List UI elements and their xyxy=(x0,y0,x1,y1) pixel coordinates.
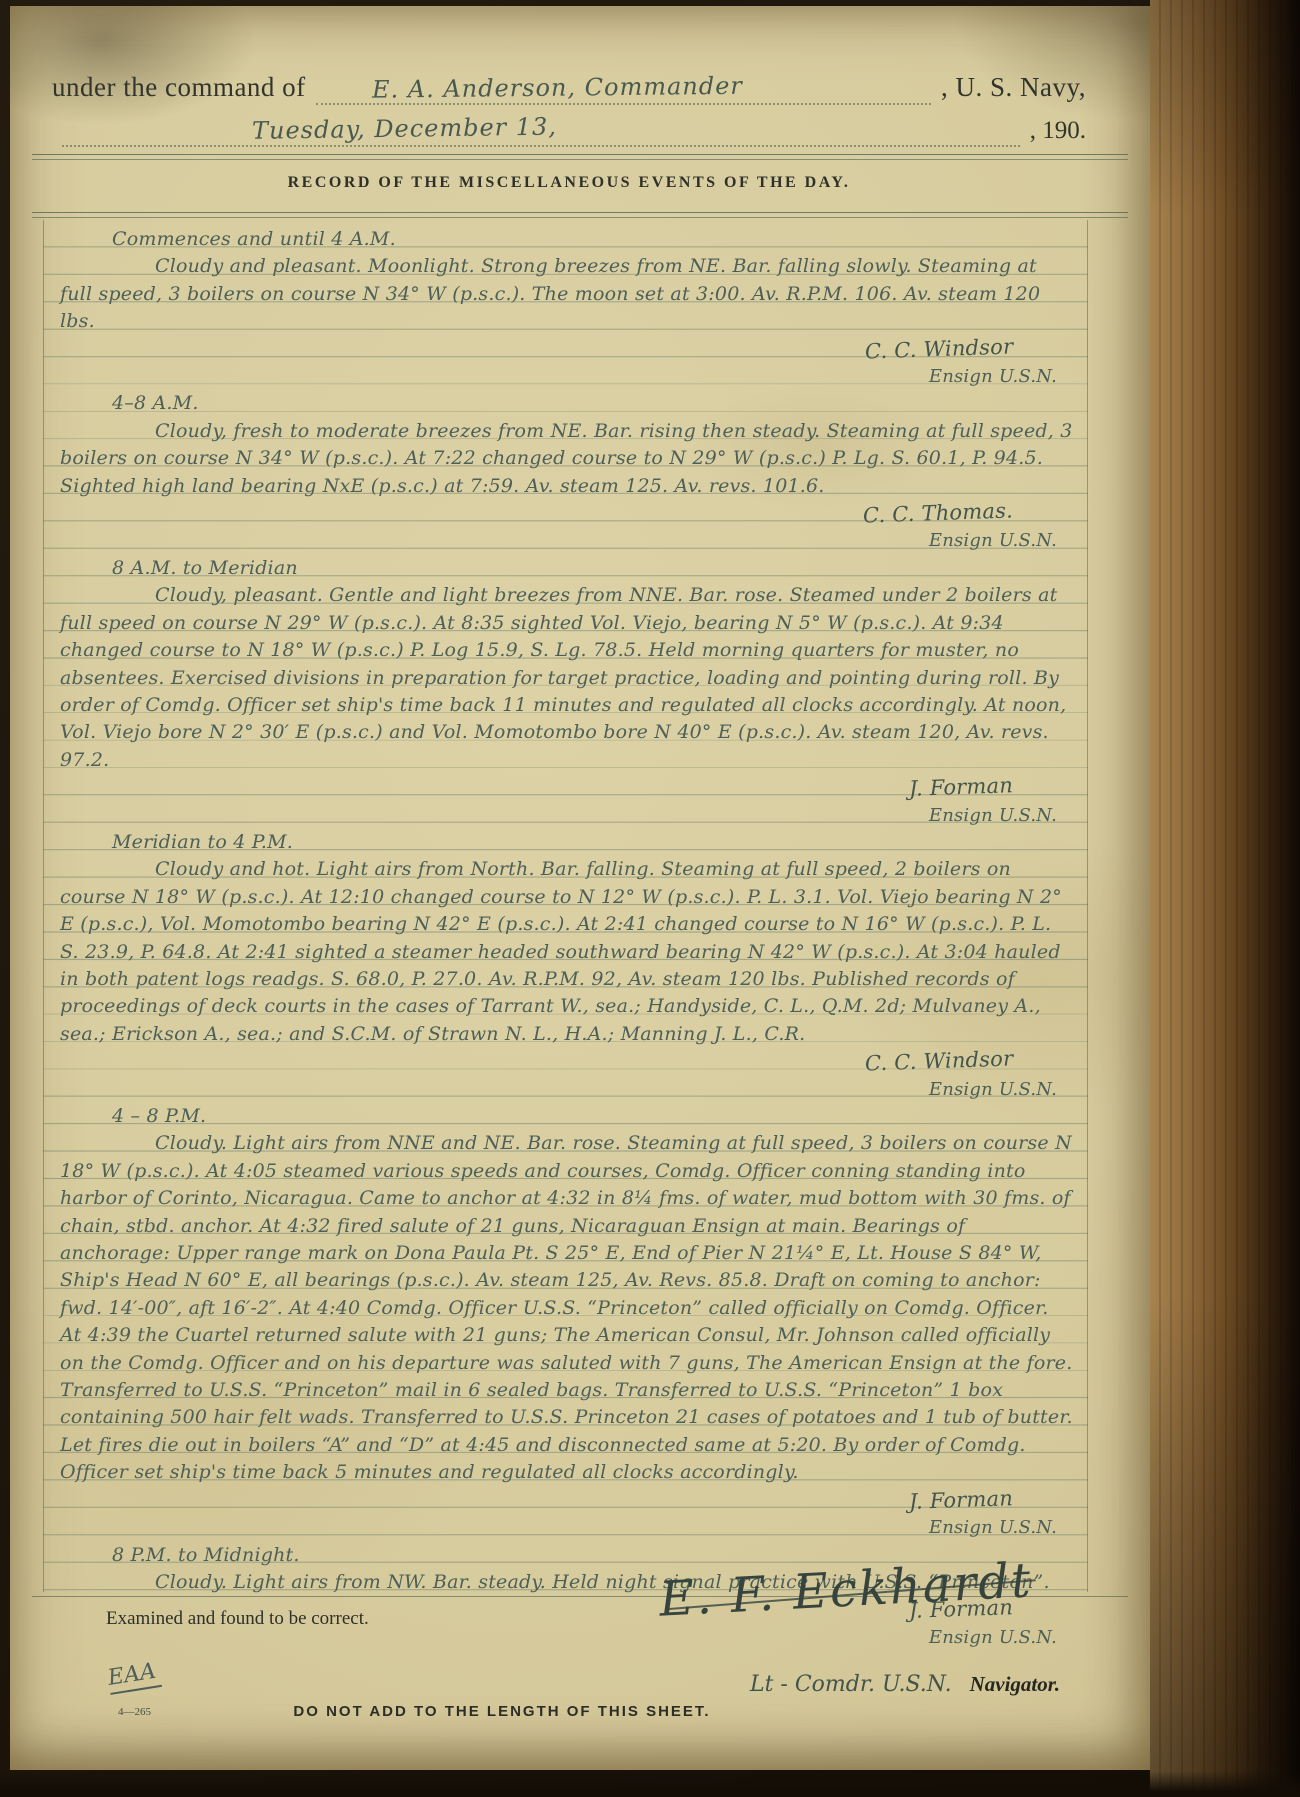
officer-signature: J. Forman xyxy=(60,774,1075,801)
book-binding-edge xyxy=(1150,0,1300,1797)
log-sheet: under the command of E. A. Anderson, Com… xyxy=(10,6,1160,1770)
officer-rank: Ensign U.S.N. xyxy=(60,363,1075,390)
navigator-rank-handwritten: Lt - Comdr. U.S.N. xyxy=(750,1672,952,1697)
commander-name-handwritten: E. A. Anderson, Commander xyxy=(316,72,743,104)
do-not-add-notice: DO NOT ADD TO THE LENGTH OF THIS SHEET. xyxy=(52,1703,952,1720)
date-line: Tuesday, December 13, , 190. xyxy=(52,116,1086,147)
log-body: Commences and until 4 A.M. Cloudy and pl… xyxy=(43,220,1088,1592)
log-entries: Commences and until 4 A.M. Cloudy and pl… xyxy=(44,220,1087,1692)
command-line-label: under the command of xyxy=(52,72,306,103)
officer-signature: C. C. Windsor xyxy=(60,1048,1075,1075)
page-title: RECORD OF THE MISCELLANEOUS EVENTS OF TH… xyxy=(52,174,1086,192)
officer-signature: J. Forman xyxy=(60,1487,1075,1514)
commander-name-blank: E. A. Anderson, Commander xyxy=(316,72,931,105)
officer-rank: Ensign U.S.N. xyxy=(60,1514,1075,1541)
officer-signature: C. C. Thomas. xyxy=(60,500,1075,527)
officer-rank: Ensign U.S.N. xyxy=(60,802,1075,829)
date-blank: Tuesday, December 13, xyxy=(62,116,1020,147)
date-handwritten: Tuesday, December 13, xyxy=(62,113,557,148)
watch-period-label: Commences and until 4 A.M. xyxy=(60,226,1075,253)
log-entry-text: Cloudy and hot. Light airs from North. B… xyxy=(60,856,1075,1048)
navy-label: , U. S. Navy, xyxy=(941,72,1086,103)
log-entry-text: Cloudy, pleasant. Gentle and light breez… xyxy=(60,582,1075,774)
log-entry-text: Cloudy and pleasant. Moonlight. Strong b… xyxy=(60,253,1075,335)
officer-rank: Ensign U.S.N. xyxy=(60,527,1075,554)
command-line: under the command of E. A. Anderson, Com… xyxy=(52,72,1086,105)
officer-rank: Ensign U.S.N. xyxy=(60,1076,1075,1103)
log-section-meridian-to-4pm: Meridian to 4 P.M. Cloudy and hot. Light… xyxy=(60,829,1075,1103)
log-section-8am-to-meridian: 8 A.M. to Meridian Cloudy, pleasant. Gen… xyxy=(60,555,1075,829)
log-entry-text: Cloudy. Light airs from NNE and NE. Bar.… xyxy=(60,1130,1075,1486)
navigator-rank-line: Lt - Comdr. U.S.N. Navigator. xyxy=(750,1672,1060,1697)
log-entry-text: Cloudy, fresh to moderate breezes from N… xyxy=(60,418,1075,500)
log-section-4-to-8am: 4–8 A.M. Cloudy, fresh to moderate breez… xyxy=(60,390,1075,554)
double-rule-top xyxy=(32,154,1128,160)
log-section-4-to-8pm: 4 – 8 P.M. Cloudy. Light airs from NNE a… xyxy=(60,1103,1075,1542)
officer-signature: C. C. Windsor xyxy=(60,336,1075,363)
watch-period-label: 8 A.M. to Meridian xyxy=(60,555,1075,582)
log-section-midnight-to-4am: Commences and until 4 A.M. Cloudy and pl… xyxy=(60,226,1075,390)
watch-period-label: 4 – 8 P.M. xyxy=(60,1103,1075,1130)
examined-label: Examined and found to be correct. xyxy=(106,1608,369,1630)
logbook-page-photo: under the command of E. A. Anderson, Com… xyxy=(0,0,1300,1797)
page-bottom-shadow xyxy=(0,1771,1300,1797)
navigator-label: Navigator. xyxy=(956,1672,1060,1696)
watch-period-label: 4–8 A.M. xyxy=(60,390,1075,417)
double-rule-below-title xyxy=(32,212,1128,218)
year-label: , 190. xyxy=(1030,117,1086,145)
watch-period-label: Meridian to 4 P.M. xyxy=(60,829,1075,856)
